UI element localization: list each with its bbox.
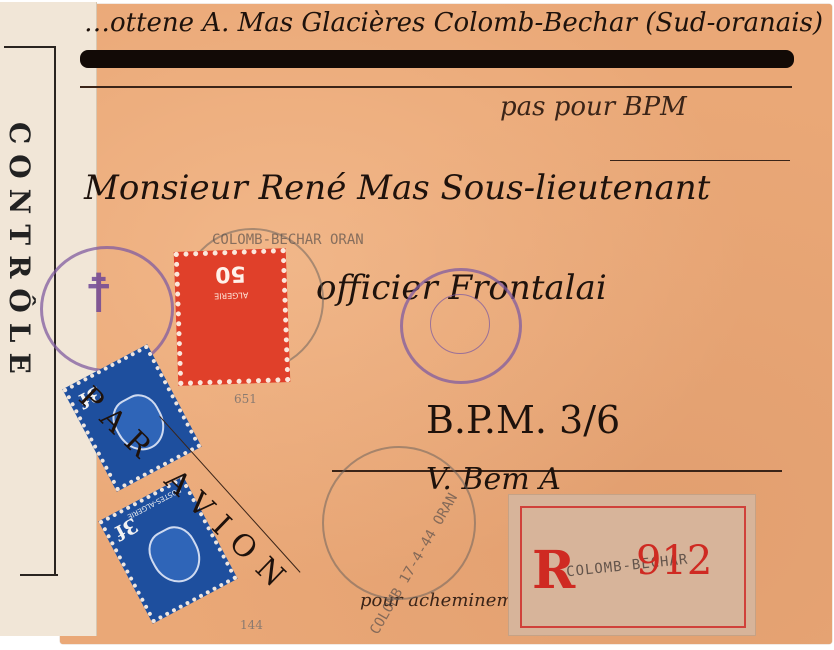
address-line-3: B.P.M. 3/6: [426, 398, 620, 442]
red-stamp-country: ALGERIE: [180, 289, 282, 302]
coat-of-arms-icon: [141, 519, 210, 591]
redaction-bar: [80, 50, 794, 68]
strike-line-title: [610, 160, 790, 161]
censor-tape-top-rule: [4, 46, 56, 48]
address-line-1: Monsieur René Mas Sous-lieutenant: [84, 168, 710, 208]
pencil-mark-2: 144: [240, 618, 263, 632]
top-rule: [80, 86, 792, 88]
red-stamp-value: 50: [179, 259, 282, 288]
deputy-stamp-inner: [430, 294, 490, 354]
red-stamp: 50 ALGERIE: [174, 248, 291, 386]
censor-tape-bottom-rule: [20, 574, 58, 576]
blue-stamp-2-value: 3f: [111, 513, 142, 545]
routing-note: pas pour BPM: [500, 92, 687, 122]
censor-tape-text: CONTRÔLE: [8, 122, 36, 384]
pencil-mark-1: 651: [234, 392, 257, 406]
postmark-top-text: COLOMB-BECHAR ORAN: [212, 232, 364, 248]
sender-line: …ottene A. Mas Glacières Colomb-Bechar (…: [84, 8, 823, 38]
registration-number: 912: [636, 538, 712, 584]
lorraine-cross-icon: ☨: [84, 262, 113, 325]
